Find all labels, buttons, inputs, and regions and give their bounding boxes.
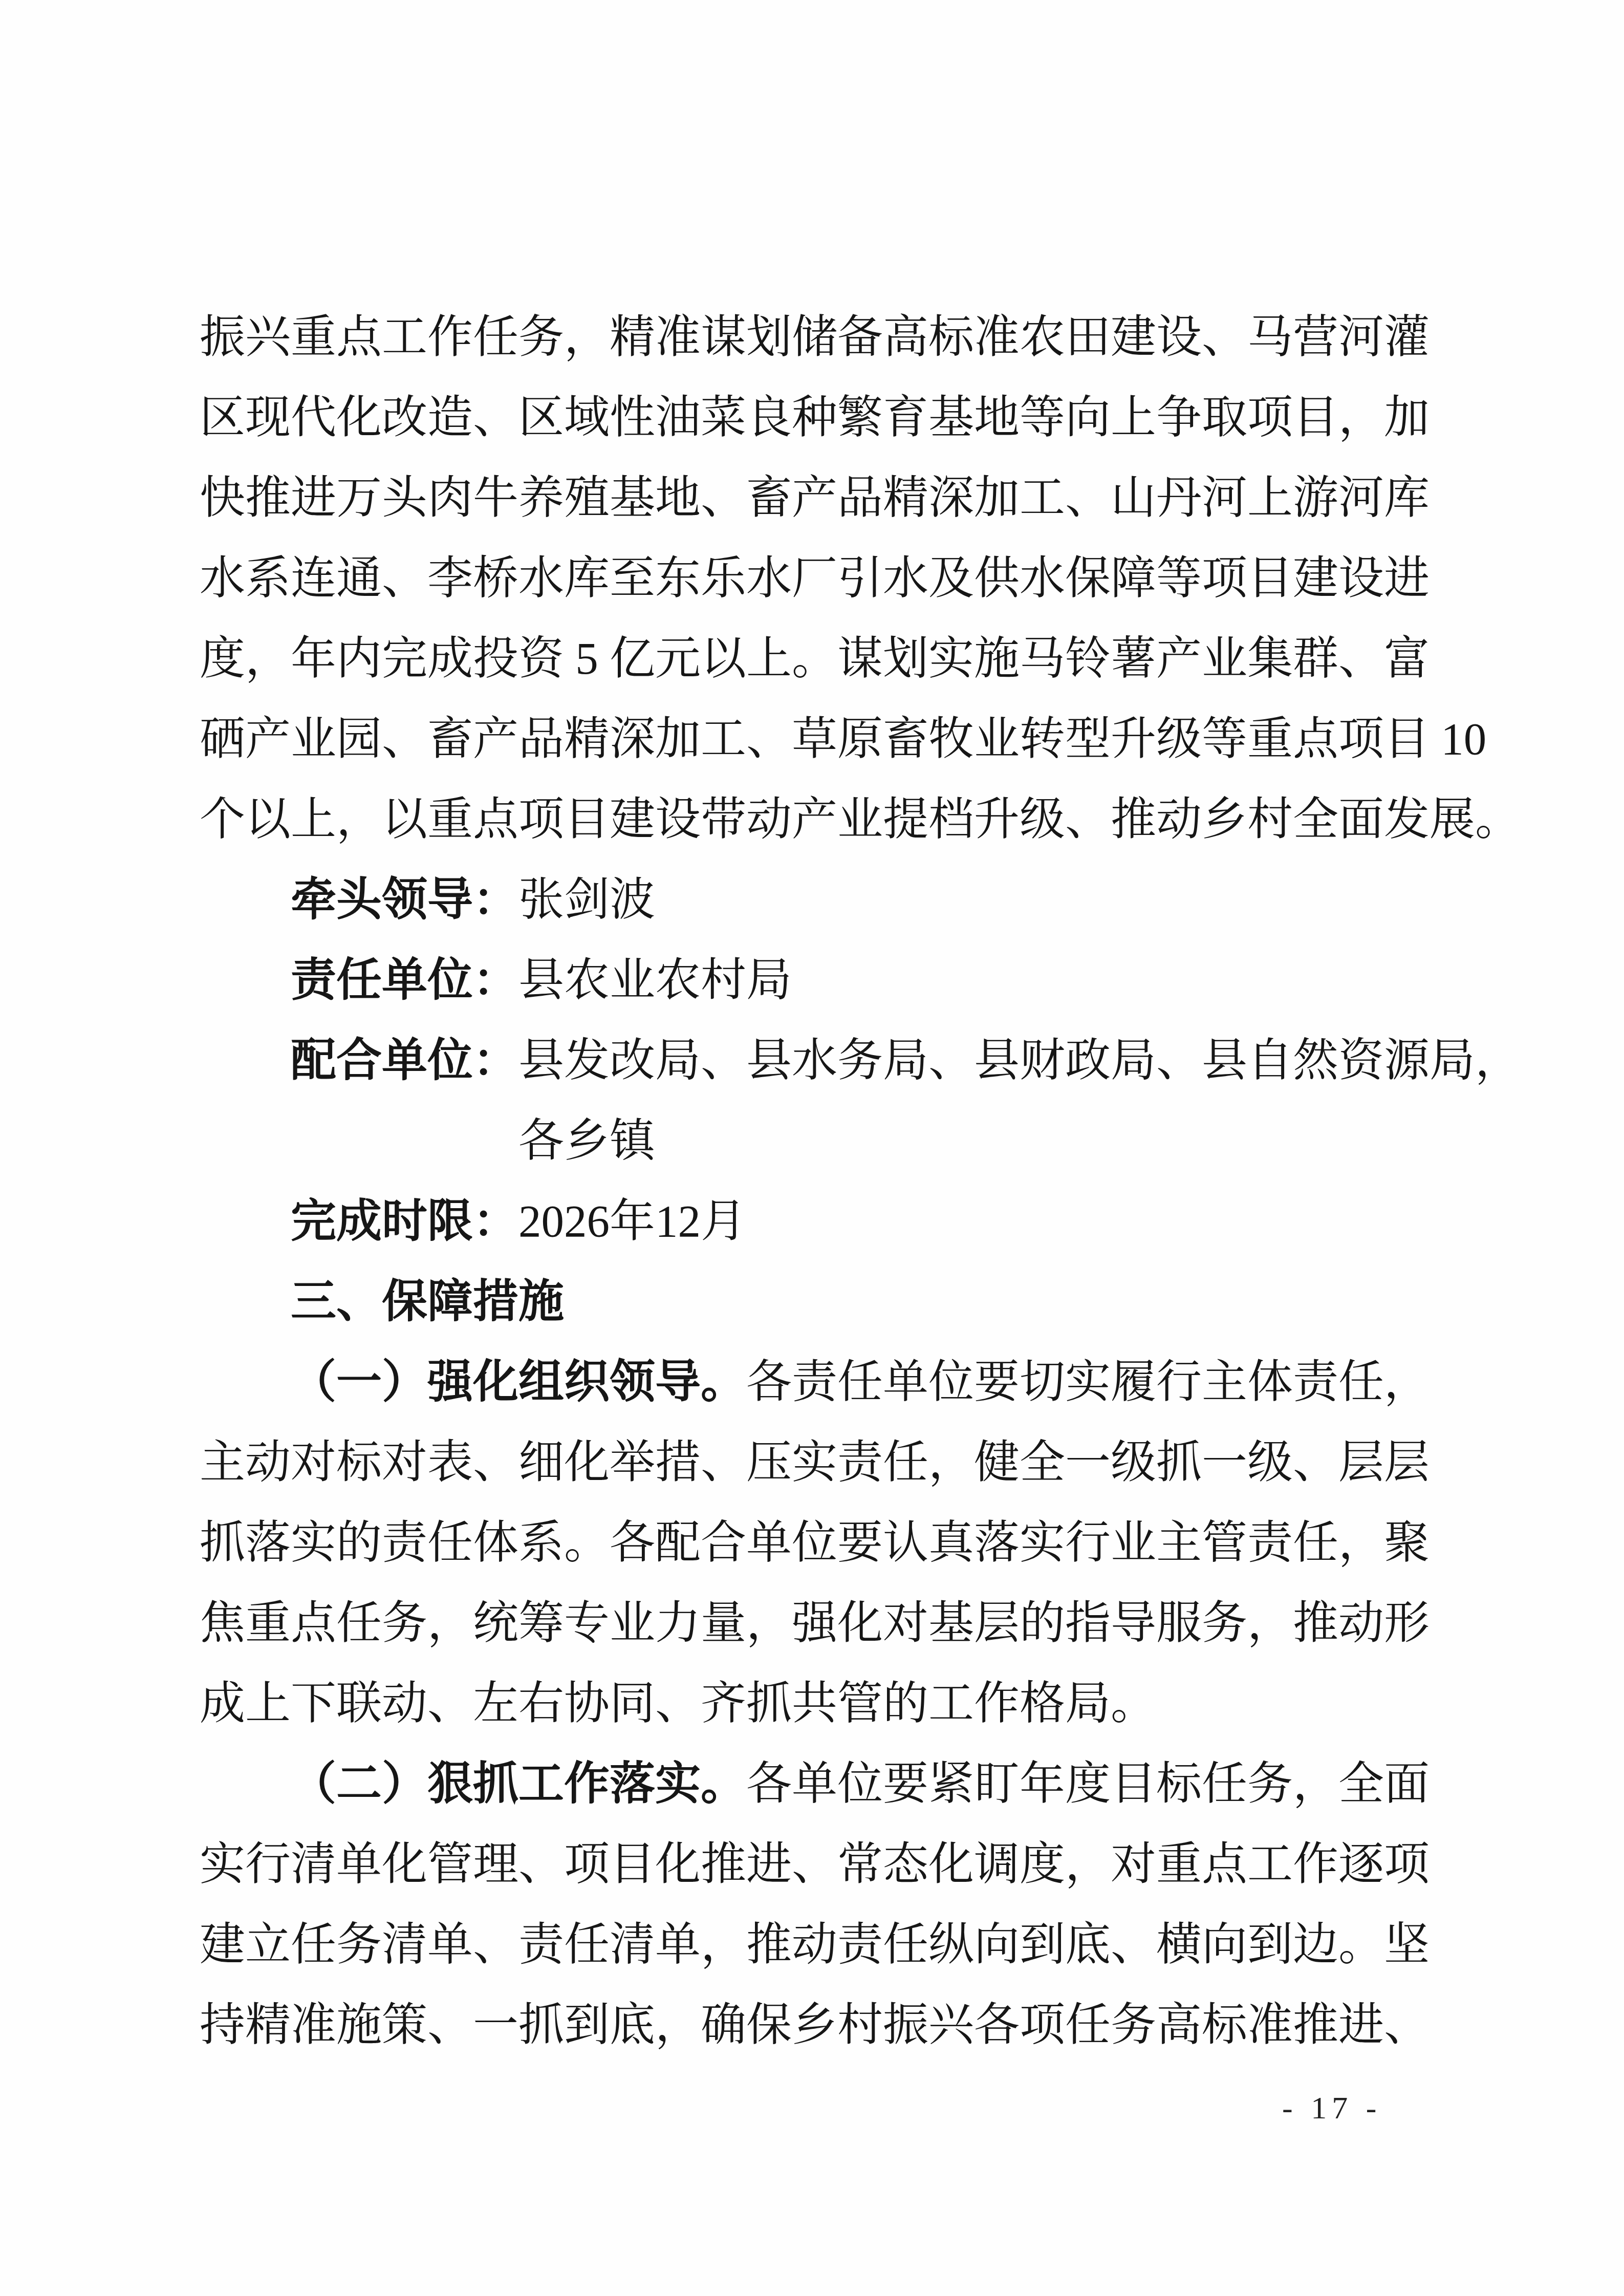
field-line-lead-leader: 牵头领导：张剑波 (200, 860, 1551, 940)
text-line: 个以上，以重点项目建设带动产业提档升级、推动乡村全面发展。 (200, 780, 1551, 860)
section-heading-text: 三、保障措施 (291, 1277, 564, 1327)
field-label: 完成时限： (291, 1196, 518, 1247)
line-text: 持精准施策、一抓到底，确保乡村振兴各项任务高标准推进、 (200, 2000, 1430, 2050)
line-text: 实行清单化管理、项目化推进、常态化调度，对重点工作逐项 (200, 1839, 1430, 1890)
field-label: 牵头领导： (291, 875, 518, 925)
text-line: 抓落实的责任体系。各配合单位要认真落实行业主管责任，聚 (200, 1503, 1551, 1583)
line-text: 焦重点任务，统筹专业力量，强化对基层的指导服务，推动形 (200, 1598, 1430, 1648)
document-body: 振兴重点工作任务，精准谋划储备高标准农田建设、马营河灌 区现代化改造、区域性油菜… (200, 297, 1551, 2066)
line-text: 抓落实的责任体系。各配合单位要认真落实行业主管责任，聚 (200, 1518, 1430, 1568)
field-value: 县发改局、县水务局、县财政局、县自然资源局， (518, 1036, 1521, 1086)
text-line: 建立任务清单、责任清单，推动责任纵向到底、横向到边。坚 (200, 1905, 1551, 1985)
text-line: 焦重点任务，统筹专业力量，强化对基层的指导服务，推动形 (200, 1583, 1551, 1664)
line-text: 成上下联动、左右协同、齐抓共管的工作格局。 (200, 1679, 1156, 1729)
field-line-cooperating-units: 配合单位：县发改局、县水务局、县财政局、县自然资源局， (200, 1021, 1551, 1101)
subsection-heading-text: （二）狠抓工作落实。 (291, 1759, 746, 1809)
document-page: 振兴重点工作任务，精准谋划储备高标准农田建设、马营河灌 区现代化改造、区域性油菜… (0, 0, 1624, 2296)
line-text: 各责任单位要切实履行主体责任， (746, 1357, 1430, 1407)
text-line: 度，年内完成投资 5 亿元以上。谋划实施马铃薯产业集群、富 (200, 619, 1551, 699)
text-line: 振兴重点工作任务，精准谋划储备高标准农田建设、马营河灌 (200, 297, 1551, 378)
text-line: 持精准施策、一抓到底，确保乡村振兴各项任务高标准推进、 (200, 1985, 1551, 2066)
text-line: 实行清单化管理、项目化推进、常态化调度，对重点工作逐项 (200, 1825, 1551, 1905)
line-text: 建立任务清单、责任清单，推动责任纵向到底、横向到边。坚 (200, 1920, 1430, 1970)
line-text: 振兴重点工作任务，精准谋划储备高标准农田建设、马营河灌 (200, 312, 1430, 362)
field-line-deadline: 完成时限：2026年12月 (200, 1182, 1551, 1262)
field-value: 县农业农村局 (518, 955, 792, 1005)
line-text: 水系连通、李桥水库至东乐水厂引水及供水保障等项目建设进 (200, 553, 1430, 604)
page-number: - 17 - (1282, 2088, 1381, 2129)
section-heading: 三、保障措施 (200, 1262, 1551, 1342)
field-line-responsible-unit: 责任单位：县农业农村局 (200, 940, 1551, 1021)
field-label: 配合单位： (291, 1036, 518, 1086)
field-value: 各乡镇 (518, 1116, 655, 1166)
field-value: 张剑波 (518, 875, 655, 925)
line-text: 硒产业园、畜产品精深加工、草原畜牧业转型升级等重点项目 10 (200, 714, 1486, 764)
text-line: 硒产业园、畜产品精深加工、草原畜牧业转型升级等重点项目 10 (200, 699, 1551, 780)
subsection-line: （一）强化组织领导。各责任单位要切实履行主体责任， (200, 1342, 1551, 1423)
text-line: 成上下联动、左右协同、齐抓共管的工作格局。 (200, 1664, 1551, 1744)
line-text: 快推进万头肉牛养殖基地、畜产品精深加工、山丹河上游河库 (200, 473, 1430, 523)
text-line: 区现代化改造、区域性油菜良种繁育基地等向上争取项目，加 (200, 378, 1551, 458)
line-text: 各单位要紧盯年度目标任务，全面 (746, 1759, 1430, 1809)
subsection-heading-text: （一）强化组织领导。 (291, 1357, 746, 1407)
text-line: 快推进万头肉牛养殖基地、畜产品精深加工、山丹河上游河库 (200, 458, 1551, 539)
text-line: 水系连通、李桥水库至东乐水厂引水及供水保障等项目建设进 (200, 539, 1551, 619)
line-text: 度，年内完成投资 5 亿元以上。谋划实施马铃薯产业集群、富 (200, 634, 1430, 684)
text-line: 主动对标对表、细化举措、压实责任，健全一级抓一级、层层 (200, 1423, 1551, 1503)
line-text: 个以上，以重点项目建设带动产业提档升级、推动乡村全面发展。 (200, 795, 1521, 845)
field-line-continuation: 各乡镇 (200, 1101, 1551, 1182)
line-text: 主动对标对表、细化举措、压实责任，健全一级抓一级、层层 (200, 1437, 1430, 1488)
subsection-line: （二）狠抓工作落实。各单位要紧盯年度目标任务，全面 (200, 1744, 1551, 1825)
line-text: 区现代化改造、区域性油菜良种繁育基地等向上争取项目，加 (200, 393, 1430, 443)
field-value: 2026年12月 (518, 1196, 746, 1247)
field-label: 责任单位： (291, 955, 518, 1005)
